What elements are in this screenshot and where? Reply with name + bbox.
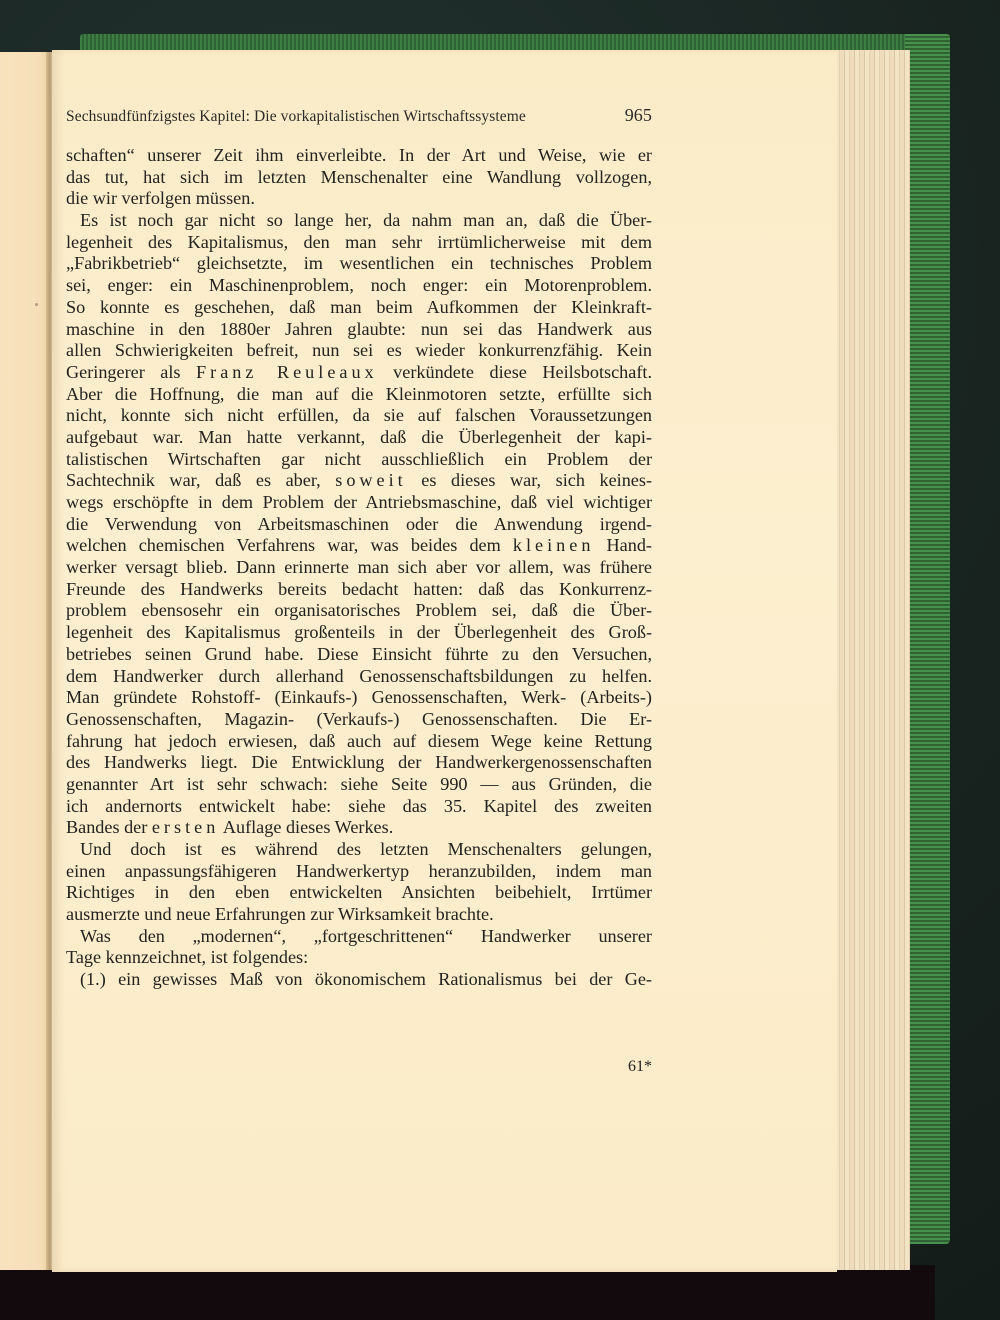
left-page-edge (0, 52, 50, 1270)
text-line: nicht, konnte sich nicht erfüllen, da si… (66, 405, 652, 427)
text-line: die wir verfolgen müssen. (66, 188, 652, 210)
text-line: maschine in den 1880er Jahren glaubte: n… (66, 319, 652, 341)
text-line: sei, enger: ein Maschinenproblem, noch e… (66, 275, 652, 297)
margin-speck (35, 303, 38, 306)
text-line: ich andernorts entwickelt habe: siehe da… (66, 796, 652, 818)
text-line: So konnte es geschehen, daß man beim Auf… (66, 297, 652, 319)
page-fore-edge (835, 50, 910, 1270)
bottom-shadow (0, 1265, 935, 1320)
text-line: wegs erschöpfte in dem Problem der Antri… (66, 492, 652, 514)
text-line: Aber die Hoffnung, die man auf die Klein… (66, 384, 652, 406)
text-line: aufgebaut war. Man hatte verkannt, daß d… (66, 427, 652, 449)
chapter-title: Sechsundfünfzigstes Kapitel: Die vorkapi… (66, 108, 526, 126)
text-line: das tut, hat sich im letzten Menschenalt… (66, 167, 652, 189)
text-line: Tage kennzeichnet, ist folgendes: (66, 947, 652, 969)
book-cover-right-edge (905, 34, 950, 1244)
text-line: fahrung hat jedoch erwiesen, daß auch au… (66, 731, 652, 753)
spaced-emphasis: ersten (152, 817, 219, 837)
text-line: talistischen Wirtschaften gar nicht auss… (66, 449, 652, 471)
body-text: schaften“ unserer Zeit ihm einverleibte.… (66, 145, 652, 991)
text-line: die Verwendung von Arbeitsmaschinen oder… (66, 514, 652, 536)
text-line: „Fabrikbetrieb“ gleichsetzte, im wesentl… (66, 253, 652, 275)
text-line: Was den „modernen“, „fortgeschrittenen“ … (66, 926, 652, 948)
page-number: 965 (625, 105, 652, 126)
text-line: genannter Art ist sehr schwach: siehe Se… (66, 774, 652, 796)
text-line: welchen chemischen Verfahrens war, was b… (66, 535, 652, 557)
spaced-emphasis: kleinen (513, 535, 595, 555)
text-line: Man gründete Rohstoff- (Einkaufs-) Genos… (66, 687, 652, 709)
text-line: schaften“ unserer Zeit ihm einverleibte.… (66, 145, 652, 167)
text-line: allen Schwierigkeiten befreit, nun sei e… (66, 340, 652, 362)
text-line: Richtiges in den eben entwickelten Ansic… (66, 882, 652, 904)
text-line: ausmerzte und neue Erfahrungen zur Wirks… (66, 904, 652, 926)
text-line: Bandes der ersten Auflage dieses Werkes. (66, 817, 652, 839)
text-line: legenheit des Kapitalismus, den man sehr… (66, 232, 652, 254)
signature-mark: 61* (596, 1058, 652, 1076)
text-line: (1.) ein gewisses Maß von ökonomischem R… (66, 969, 652, 991)
spaced-emphasis: soweit (335, 470, 407, 490)
text-line: des Handwerks liegt. Die Entwicklung der… (66, 752, 652, 774)
text-line: Freunde des Handwerks bereits bedacht ha… (66, 579, 652, 601)
text-line: Und doch ist es während des letzten Mens… (66, 839, 652, 861)
text-line: Geringerer als Franz Reuleaux verkündete… (66, 362, 652, 384)
text-line: Genossenschaften, Magazin- (Verkaufs-) G… (66, 709, 652, 731)
spaced-emphasis: Franz Reuleaux (196, 362, 378, 382)
text-line: Sachtechnik war, daß es aber, soweit es … (66, 470, 652, 492)
text-line: dem Handwerker durch allerhand Genossens… (66, 666, 652, 688)
text-line: Es ist noch gar nicht so lange her, da n… (66, 210, 652, 232)
text-line: einen anpassungsfähigeren Handwerkertyp … (66, 861, 652, 883)
text-line: legenheit des Kapitalismus großenteils i… (66, 622, 652, 644)
text-line: betriebes seinen Grund habe. Diese Einsi… (66, 644, 652, 666)
text-line: werker versagt blieb. Dann erinnerte man… (66, 557, 652, 579)
running-head: Sechsundfünfzigstes Kapitel: Die vorkapi… (66, 105, 652, 126)
text-line: problem ebensosehr ein organisatorisches… (66, 600, 652, 622)
